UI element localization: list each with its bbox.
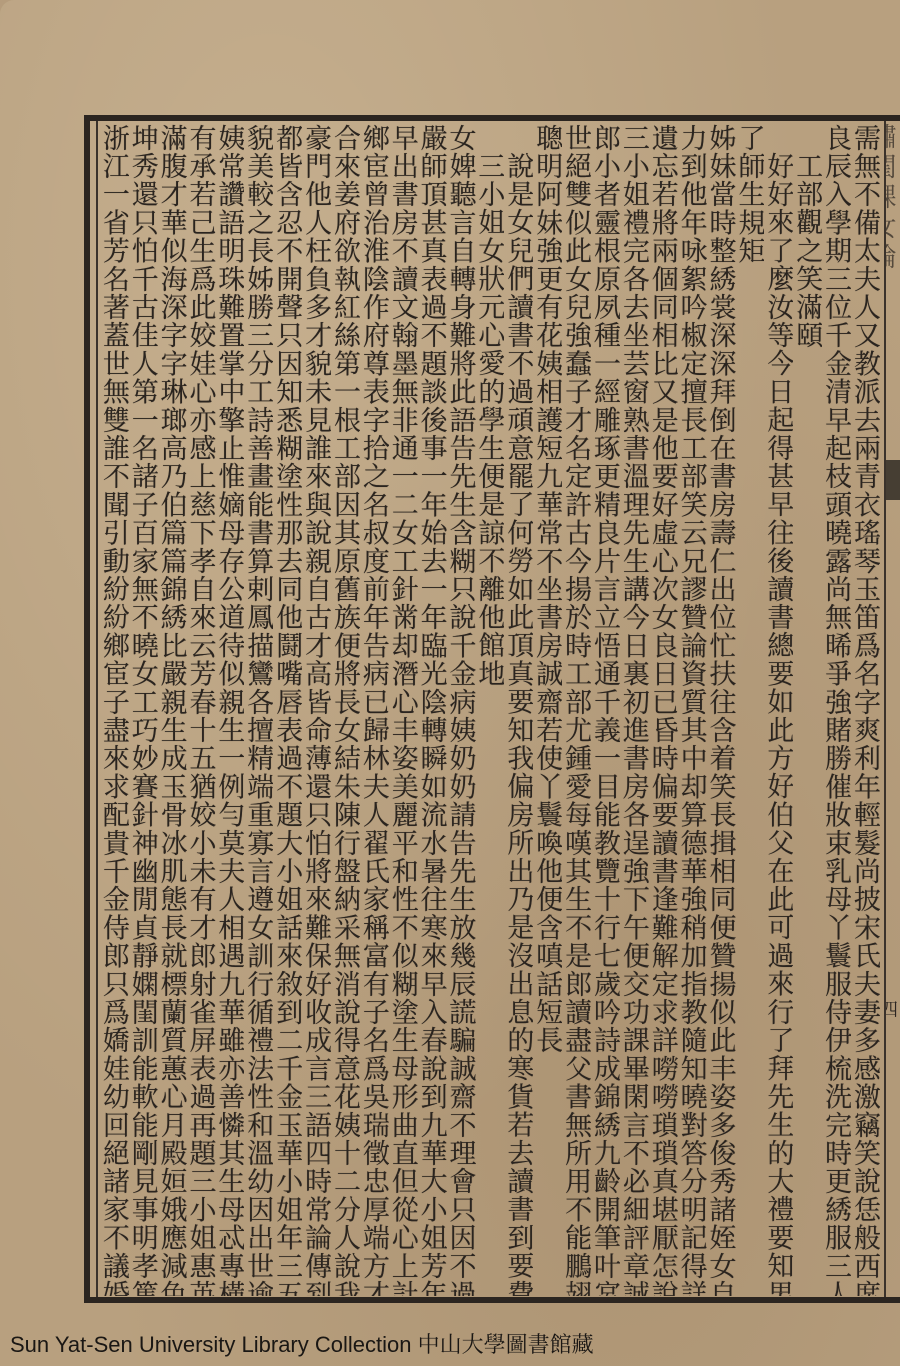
- text-column: 早出書房不讀文翰墨無非通一二女工針黹却潛心丰姿美麗平和性不似糊塗生母形曲直但從心…: [389, 124, 418, 1296]
- text-column: 郎小者靈根原夙種一經雕琢更精良片言立悟通千義一目能教覽十行七歲吟詩成錦綉九齡開筆…: [591, 124, 620, 1296]
- text-column: 三小姐女狀元心愛的學生便是諒不離他館地: [476, 124, 505, 1296]
- text-column: 了師生規矩: [736, 124, 765, 1296]
- text-column: 世絕雙似此女兒強蠢子才名定許古今揚於時工部尤鍾愛每嘆其生不是郎讀盡父書無所用不能…: [562, 124, 591, 1296]
- scanned-page: 繡閨課女論 四 需無不備太夫人又教派去兩青衣瑤琴玉笛爲名字爽利年輕髮尚披宋氏夫妻…: [0, 0, 900, 1366]
- text-column: 浙江一省芳名著蓋世無雙誰不聞引動紛紛鄉宦子盡來求配貴千金侍郎只爲嬌娃幼回絕諸家不…: [100, 124, 129, 1296]
- text-column: 都皆含忍不開聲只因知悉糊塗性那去同他鬪嘴唇表過不題大小姐話來敘到二千金玉華小姐年…: [273, 124, 302, 1296]
- text-column: 良辰入學期三位千金清早起枝頭曉露尚無晞爭強賭勝催妝束乳母丫鬟服侍伊梳洗完時更綉服…: [822, 124, 851, 1296]
- collection-label-cn: 中山大學圖書館藏: [418, 1333, 594, 1358]
- block-center-title: 繡閨課女論: [886, 123, 900, 643]
- text-column: 說是女兒們讀書不過頑意罷了何勞如此頂真要知我偏房所出乃是沒出息的寒貨若去讀書到要…: [504, 124, 533, 1296]
- text-column: 遺忘若將兩個同相比又是他要好虛心次女良日已昏時偏要讀書逢難解定求詳嘮嘮瑣瑣真堪厭…: [649, 124, 678, 1296]
- text-column: 有承若己生爲此姣娃心亦感上慈下孝自來云芳春十五猶姣小未有才郎射雀屏表過再題三小姐…: [187, 124, 216, 1296]
- collection-label-en: Sun Yat-Sen University Library Collectio…: [10, 1332, 411, 1357]
- text-column: 姨常讚語明珠難置掌中擎止惟嫡母存公道待似親生一例勻莫夫人相遇九華雖亦善憐其生母忒…: [216, 124, 245, 1296]
- text-column: 工部觀之笑滿頤: [793, 124, 822, 1296]
- text-column: 鄉宦曾治淮陰作府尊表字拾之名叔度前年告病已歸林夫人翟氏家稱富有子名爲吳瑞徵忠厚端…: [360, 124, 389, 1296]
- text-column: 三小姐禮完各去坐芸窗熟書溫理先生講今日裏初進書房各逞強下午便交功課畢閑言不必細評…: [620, 124, 649, 1296]
- text-column: 合來姜府欲執紅絲第一根工部因其原舊族便將長女結朱陳行盤納采無消說得意花姨十二分人…: [331, 124, 360, 1296]
- text-column: 女婢聽言自轉身難將此語告先生含糊只說千金病姨奶奶請告先生放幾辰謊騙誠齋不理會只因…: [447, 124, 476, 1296]
- text-columns: 需無不備太夫人又教派去兩青衣瑤琴玉笛爲名字爽利年輕髮尚披宋氏夫妻多感激竊笑說恁般…: [100, 124, 880, 1296]
- text-column: 好好來了麼汝等今日起得甚早往後讀書總要如此方好伯父在此可過來行了拜先生的大禮要知…: [764, 124, 793, 1296]
- collection-watermark: Sun Yat-Sen University Library Collectio…: [10, 1328, 594, 1362]
- text-column: 聰明阿妹強更有花姨相護短九華常不坐書房誠齋若使丫鬟喚他便含嗔話短長: [533, 124, 562, 1296]
- text-column: 坤秀還只怕千古佳人第一名諸子百家無不曉女工巧妙賽針神幽閒貞靜嫻閨訓能軟能剛見事明…: [129, 124, 158, 1296]
- text-column: 嚴師頂甚真表過不題談後事一年始去一年臨光陰轉瞬如流水暑往寒來早入春說到九華大小姐…: [418, 124, 447, 1296]
- page-number: 四: [886, 1000, 900, 1060]
- fish-tail-mark: [886, 460, 900, 500]
- text-column: 需無不備太夫人又教派去兩青衣瑤琴玉笛爲名字爽利年輕髮尚披宋氏夫妻多感激竊笑說恁般…: [851, 124, 880, 1296]
- text-column: 力到他年咏絮吟椒定擅長工部笑云兄謬贊論資質其中却算德華強稍加指教隨知曉對答分明記…: [678, 124, 707, 1296]
- text-column: 姊妹當時整綉裳深深拜倒在書房壽仁出位忙扶往含着笑長揖相同便贊揚似此丰姿多俊秀諸姪…: [707, 124, 736, 1296]
- frame-inner-rule: [96, 121, 98, 1297]
- text-column: 豪門他人枉負多才貌未見誰來與說親自古才高皆命薄還只怕將來難保好收成言三語四時常論…: [302, 124, 331, 1296]
- text-column: 滿腹才華似海深字字琳瑯高乃伯篇篇錦綉比嚴親生成玉骨冰肌態長就標蘭質蕙心月殿姮娥應…: [158, 124, 187, 1296]
- text-column: 貌美較之長姊勝三分工詩善畫能書算剌鳳描鸞各擅精端重寡言遵女訓行循禮法性和溫幼因出…: [244, 124, 273, 1296]
